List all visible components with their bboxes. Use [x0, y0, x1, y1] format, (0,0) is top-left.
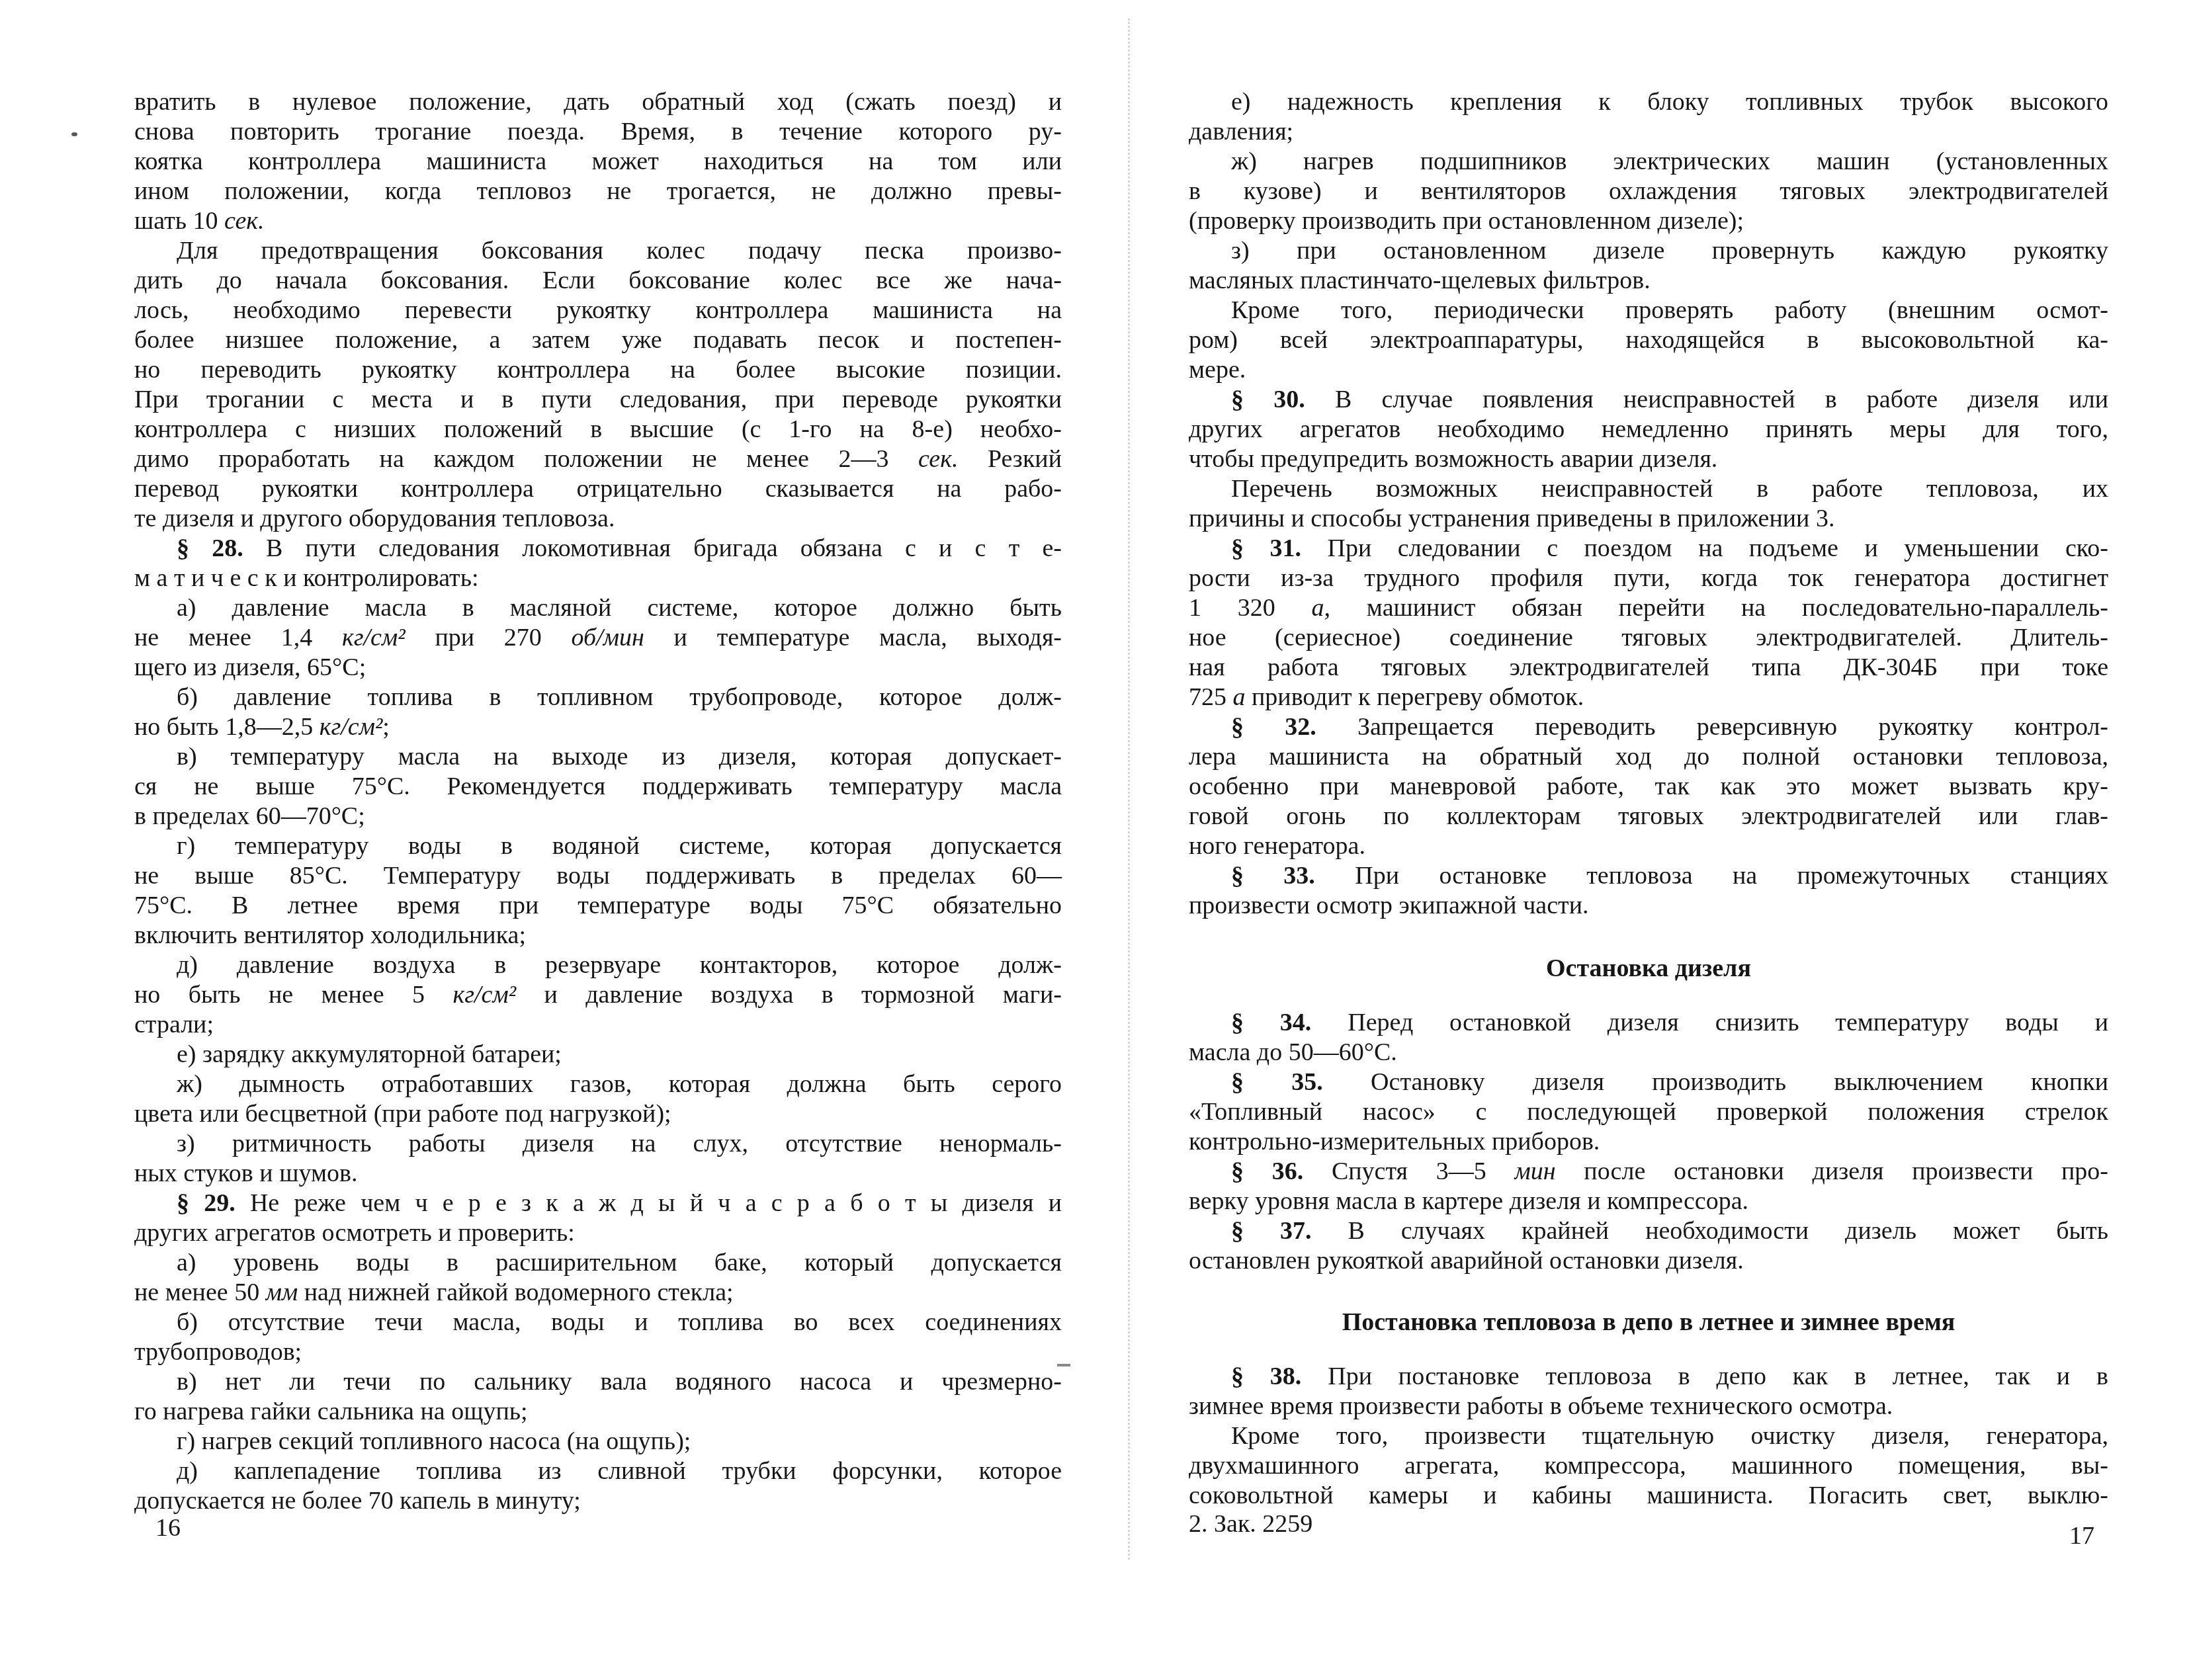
text-line: остановлен рукояткой аварийной остановки…: [1189, 1246, 2108, 1276]
book-scan-spread: вратить в нулевое положение, дать обратн…: [0, 0, 2191, 1680]
text-line: м а т и ч е с к и контролировать:: [134, 564, 1062, 593]
text-line: но быть 1,8—2,5 кг/см²;: [134, 712, 1062, 742]
text-line: ром) всей электроаппаратуры, находящейся…: [1189, 325, 2108, 355]
text-line: не менее 50 мм над нижней гайкой водомер…: [134, 1278, 1062, 1308]
text-line: давления;: [1189, 117, 2108, 147]
section-heading: Постановка тепловоза в депо в летнее и з…: [1189, 1308, 2108, 1337]
text-line: § 33. При остановке тепловоза на промежу…: [1189, 861, 2108, 891]
text-line: § 28. В пути следования локомотивная бри…: [134, 534, 1062, 564]
text-line: е) зарядку аккумуляторной батареи;: [134, 1040, 1062, 1070]
text-line: § 35. Остановку дизеля производить выклю…: [1189, 1068, 2108, 1097]
text-line: а) давление масла в масляной системе, ко…: [134, 593, 1062, 623]
right-page-number: 17: [2069, 1521, 2094, 1551]
text-line: в кузове) и вентиляторов охлаждения тяго…: [1189, 177, 2108, 206]
text-line: лера машиниста на обратный ход до полной…: [1189, 742, 2108, 772]
text-line: мере.: [1189, 355, 2108, 385]
text-line: 75°С. В летнее время при температуре вод…: [134, 891, 1062, 921]
text-line: е) надежность крепления к блоку топливны…: [1189, 87, 2108, 117]
text-line: но переводить рукоятку контроллера на бо…: [134, 355, 1062, 385]
text-line: з) ритмичность работы дизеля на слух, от…: [134, 1129, 1062, 1159]
text-line: в) температуру масла на выходе из дизеля…: [134, 742, 1062, 772]
text-line: ся не выше 75°С. Рекомендуется поддержив…: [134, 772, 1062, 802]
text-line: ж) нагрев подшипников электрических маши…: [1189, 147, 2108, 177]
text-line: г) температуру воды в водяной системе, к…: [134, 831, 1062, 861]
text-line: перевод рукоятки контроллера отрицательн…: [134, 474, 1062, 504]
text-line: (проверку производить при остановленном …: [1189, 206, 2108, 236]
text-line: особенно при маневровой работе, так как …: [1189, 772, 2108, 802]
text-line: § 38. При постановке тепловоза в депо ка…: [1189, 1362, 2108, 1392]
text-line: щего из дизеля, 65°С;: [134, 653, 1062, 683]
text-line: б) отсутствие течи масла, воды и топлива…: [134, 1308, 1062, 1337]
text-line: масляных пластинчато-щелевых фильтров.: [1189, 266, 2108, 296]
text-line: Кроме того, произвести тщательную очистк…: [1189, 1421, 2108, 1451]
left-page-text-column: вратить в нулевое положение, дать обратн…: [134, 87, 1062, 1516]
text-line: г) нагрев секций топливного насоса (на о…: [134, 1427, 1062, 1456]
text-line: а) уровень воды в расширительном баке, к…: [134, 1248, 1062, 1278]
text-line: § 32. Запрещается переводить реверсивную…: [1189, 712, 2108, 742]
text-line: § 36. Спустя 3—5 мин после остановки диз…: [1189, 1157, 2108, 1187]
text-line: контроллера с низших положений в высшие …: [134, 415, 1062, 444]
text-line: произвести осмотр экипажной части.: [1189, 891, 2108, 921]
text-line: б) давление топлива в топливном трубопро…: [134, 683, 1062, 712]
printer-signature: 2. Зак. 2259: [1189, 1509, 1312, 1539]
text-line: зимнее время произвести работы в объеме …: [1189, 1392, 2108, 1421]
text-line: в) нет ли течи по сальнику вала водяного…: [134, 1367, 1062, 1397]
text-line: двухмашинного агрегата, компрессора, маш…: [1189, 1451, 2108, 1481]
text-line: допускается не более 70 капель в минуту;: [134, 1486, 1062, 1516]
section-heading: Остановка дизеля: [1189, 954, 2108, 984]
text-line: говой огонь по коллекторам тяговых элект…: [1189, 802, 2108, 831]
text-line: § 30. В случае появления неисправностей …: [1189, 385, 2108, 415]
text-line: чтобы предупредить возможность аварии ди…: [1189, 444, 2108, 474]
text-line: рости из-за трудного профиля пути, когда…: [1189, 564, 2108, 593]
text-line: трубопроводов;: [134, 1337, 1062, 1367]
text-line: в пределах 60—70°С;: [134, 802, 1062, 831]
text-line: § 34. Перед остановкой дизеля снизить те…: [1189, 1008, 2108, 1038]
text-line: снова повторить трогание поезда. Время, …: [134, 117, 1062, 147]
text-line: Для предотвращения боксования колес пода…: [134, 236, 1062, 266]
text-line: ных стуков и шумов.: [134, 1159, 1062, 1189]
text-line: го нагрева гайки сальника на ощупь;: [134, 1397, 1062, 1427]
text-line: § 29. Не реже чем ч е р е з к а ж д ы й …: [134, 1189, 1062, 1218]
text-line: не менее 1,4 кг/см² при 270 об/мин и тем…: [134, 623, 1062, 653]
text-line: ная работа тяговых электродвигателей тип…: [1189, 653, 2108, 683]
text-line: д) давление воздуха в резервуаре контакт…: [134, 950, 1062, 980]
text-line: более низшее положение, а затем уже пода…: [134, 325, 1062, 355]
text-line: дить до начала боксования. Если боксован…: [134, 266, 1062, 296]
ink-speck: [71, 132, 77, 136]
text-line: Перечень возможных неисправностей в рабо…: [1189, 474, 2108, 504]
text-line: ином положении, когда тепловоз не трогае…: [134, 177, 1062, 206]
page-gutter-shadow: [1128, 19, 1130, 1560]
text-line: не выше 85°С. Температуру воды поддержив…: [134, 861, 1062, 891]
text-line: 1 320 а, машинист обязан перейти на посл…: [1189, 593, 2108, 623]
right-page-text-column: е) надежность крепления к блоку топливны…: [1189, 87, 2108, 1511]
text-line: соковольтной камеры и кабины машиниста. …: [1189, 1481, 2108, 1511]
left-page-number: 16: [155, 1513, 181, 1543]
text-line: 725 а приводит к перегреву обмоток.: [1189, 683, 2108, 712]
text-line: димо проработать на каждом положении не …: [134, 444, 1062, 474]
text-line: других агрегатов осмотреть и проверить:: [134, 1218, 1062, 1248]
text-line: § 31. При следовании с поездом на подъем…: [1189, 534, 2108, 564]
text-line: коятка контроллера машиниста может наход…: [134, 147, 1062, 177]
text-line: шать 10 сек.: [134, 206, 1062, 236]
text-line: «Топливный насос» с последующей проверко…: [1189, 1097, 2108, 1127]
text-line: ж) дымность отработавших газов, которая …: [134, 1070, 1062, 1099]
text-line: ного генератора.: [1189, 831, 2108, 861]
text-line: причины и способы устранения приведены в…: [1189, 504, 2108, 534]
text-line: те дизеля и другого оборудования теплово…: [134, 504, 1062, 534]
text-line: страли;: [134, 1010, 1062, 1040]
text-line: верку уровня масла в картере дизеля и ко…: [1189, 1187, 2108, 1216]
text-line: цвета или бесцветной (при работе под наг…: [134, 1099, 1062, 1129]
text-line: масла до 50—60°С.: [1189, 1038, 2108, 1068]
text-line: Кроме того, периодически проверять работ…: [1189, 296, 2108, 325]
text-line: вратить в нулевое положение, дать обратн…: [134, 87, 1062, 117]
text-line: но быть не менее 5 кг/см² и давление воз…: [134, 980, 1062, 1010]
text-line: других агрегатов необходимо немедленно п…: [1189, 415, 2108, 444]
text-line: § 37. В случаях крайней необходимости ди…: [1189, 1216, 2108, 1246]
text-line: контрольно-измерительных приборов.: [1189, 1127, 2108, 1157]
text-line: включить вентилятор холодильника;: [134, 921, 1062, 950]
text-line: д) каплепадение топлива из сливной трубк…: [134, 1456, 1062, 1486]
text-line: з) при остановленном дизеле провернуть к…: [1189, 236, 2108, 266]
text-line: При трогании с места и в пути следования…: [134, 385, 1062, 415]
text-line: лось, необходимо перевести рукоятку конт…: [134, 296, 1062, 325]
text-line: ное (сериесное) соединение тяговых элект…: [1189, 623, 2108, 653]
